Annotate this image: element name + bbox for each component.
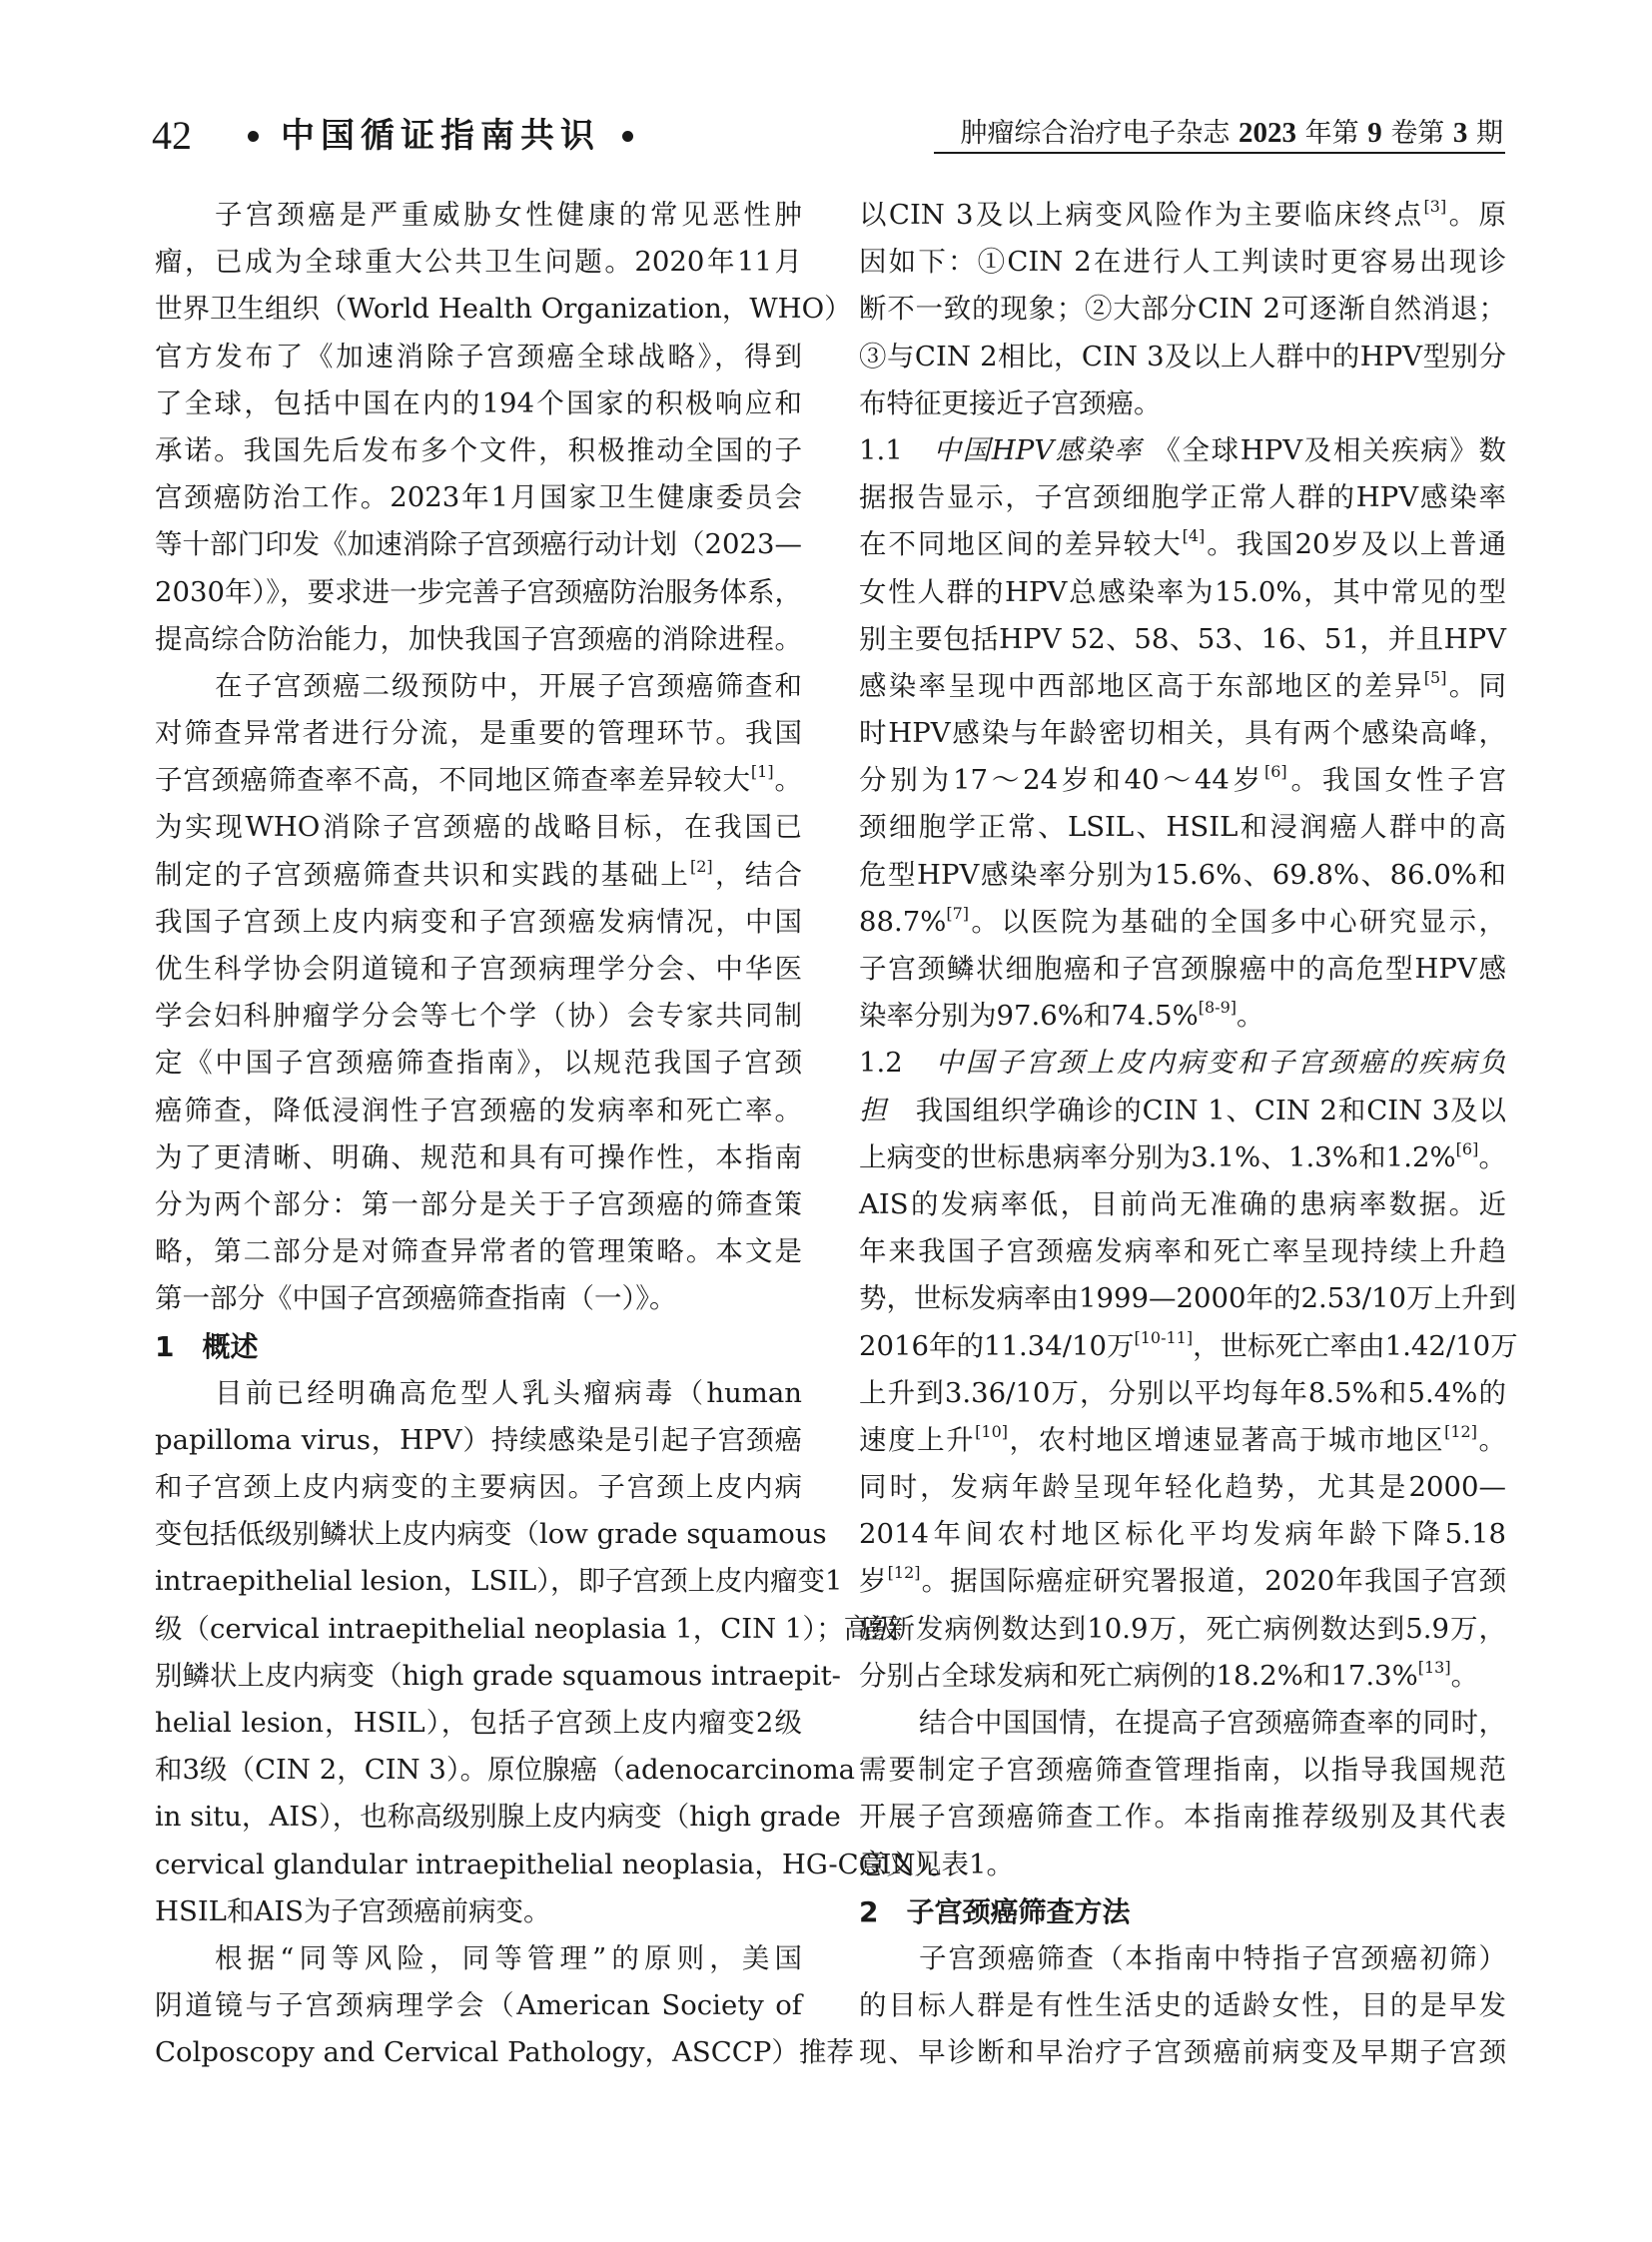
text-run: intraepithelial lesion，LSIL），即子宫颈上皮内瘤变1 <box>155 1565 843 1597</box>
text-run: 变包括低级别鳞状上皮内病变（low grade squamous <box>155 1518 827 1550</box>
text-run: 。据国际癌症研究署报道，2020年我国子宫颈 <box>920 1565 1506 1597</box>
text-line: 2014年间农村地区标化平均发病年龄下降5.18 <box>859 1511 1506 1558</box>
text-line: 宫颈癌防治工作。2023年1月国家卫生健康委员会 <box>155 474 802 521</box>
text-line: 略，第二部分是对筛查异常者的管理策略。本文是 <box>155 1228 802 1275</box>
bullet-icon <box>622 131 633 142</box>
text-line: 断不一致的现象；②大部分CIN 2可逐渐自然消退； <box>859 286 1506 333</box>
text-run: 断不一致的现象；②大部分CIN 2可逐渐自然消退； <box>859 293 1506 325</box>
text-line: 年来我国子宫颈癌发病率和死亡率呈现持续上升趋 <box>859 1228 1506 1275</box>
text-line: 在不同地区间的差异较大[4]。我国20岁及以上普通 <box>859 521 1506 568</box>
text-run: 子宫颈癌是严重威胁女性健康的常见恶性肿 <box>215 199 802 231</box>
citation-reference: [10] <box>975 1422 1008 1441</box>
text-run: 学会妇科肿瘤学分会等七个学（协）会专家共同制 <box>155 1000 802 1032</box>
text-line: 现、早诊断和早治疗子宫颈癌前病变及早期子宫颈 <box>859 2029 1506 2076</box>
text-run: 。原 <box>1446 199 1506 231</box>
text-run: 的目标人群是有性生活史的适龄女性，目的是早发 <box>859 1989 1506 2021</box>
text-run: 危型HPV感染率分别为15.6%、69.8%、86.0%和 <box>859 859 1506 891</box>
text-run: 岁 <box>859 1565 888 1597</box>
running-header-right: 肿瘤综合治疗电子杂志 2023 年第 9 卷第 3 期 <box>934 112 1503 154</box>
text-line: 第一部分《中国子宫颈癌筛查指南（一）》。 <box>155 1275 802 1322</box>
citation-reference: [12] <box>888 1563 921 1582</box>
text-line: 2016年的11.34/10万[10-11]，世标死亡率由1.42/10万 <box>859 1323 1506 1370</box>
text-run: 年来我国子宫颈癌发病率和死亡率呈现持续上升趋 <box>859 1235 1506 1267</box>
left-column: 子宫颈癌是严重威胁女性健康的常见恶性肿瘤，已成为全球重大公共卫生问题。2020年… <box>155 192 802 2077</box>
text-run: 88.7% <box>859 906 946 938</box>
text-line: ③与CIN 2相比，CIN 3及以上人群中的HPV型别分 <box>859 334 1506 380</box>
text-run: 子宫颈鳞状细胞癌和子宫颈腺癌中的高危型HPV感 <box>859 953 1506 985</box>
text-run: 。 <box>1451 1660 1479 1692</box>
subsection-number: 1.1 <box>859 434 933 466</box>
text-run: 和3级（CIN 2，CIN 3）。原位腺癌（adenocarcinoma <box>155 1754 855 1786</box>
text-run: 了全球，包括中国在内的194个国家的积极响应和 <box>155 387 802 419</box>
text-run: ③与CIN 2相比，CIN 3及以上人群中的HPV型别分 <box>859 341 1506 373</box>
text-line: 结合中国国情，在提高子宫颈癌筛查率的同时， <box>859 1700 1506 1747</box>
citation-reference: [13] <box>1418 1658 1451 1677</box>
header-rule <box>934 152 1505 154</box>
text-run: 别鳞状上皮内病变（high grade squamous intraepit- <box>155 1660 841 1692</box>
text-line: 的目标人群是有性生活史的适龄女性，目的是早发 <box>859 1982 1506 2029</box>
text-run: 宫颈癌防治工作。2023年1月国家卫生健康委员会 <box>155 481 802 513</box>
text-run: 以CIN 3及以上病变风险作为主要临床终点 <box>859 199 1424 231</box>
text-line: 别主要包括HPV 52、58、53、16、51，并且HPV <box>859 616 1506 663</box>
text-line: in situ，AIS），也称高级别腺上皮内病变（high grade <box>155 1794 802 1841</box>
text-run: 2016年的11.34/10万 <box>859 1330 1134 1362</box>
text-run: 别主要包括HPV 52、58、53、16、51，并且HPV <box>859 623 1506 655</box>
text-run: ，结合 <box>713 859 802 891</box>
text-line: 开展子宫颈癌筛查工作。本指南推荐级别及其代表 <box>859 1794 1506 1841</box>
journal-page: 42 中国循证指南共识 肿瘤综合治疗电子杂志 2023 年第 9 卷第 3 期 … <box>0 0 1652 2242</box>
text-line: 女性人群的HPV总感染率为15.0%，其中常见的型 <box>859 569 1506 616</box>
text-run: 。 <box>1478 1141 1506 1173</box>
text-run: 。 <box>1477 1424 1506 1456</box>
text-run: 。我国20岁及以上普通 <box>1205 528 1506 560</box>
text-run: 分为两个部分：第一部分是关于子宫颈癌的筛查策 <box>155 1188 802 1220</box>
text-line: 和子宫颈上皮内病变的主要病因。子宫颈上皮内病 <box>155 1464 802 1511</box>
volume-suffix: 卷第 <box>1390 118 1444 149</box>
text-run: 级（cervical intraepithelial neoplasia 1，C… <box>155 1613 899 1645</box>
text-line: 2030年）》，要求进一步完善子宫颈癌防治服务体系， <box>155 569 802 616</box>
text-line: 级（cervical intraepithelial neoplasia 1，C… <box>155 1606 802 1653</box>
running-header-left: 42 中国循证指南共识 <box>152 112 655 160</box>
text-run: 颈细胞学正常、LSIL、HSIL和浸润癌人群中的高 <box>859 811 1506 843</box>
text-line: 以CIN 3及以上病变风险作为主要临床终点[3]。原 <box>859 192 1506 239</box>
section-heading: 1 概述 <box>155 1323 802 1370</box>
text-line: 分为两个部分：第一部分是关于子宫颈癌的筛查策 <box>155 1181 802 1228</box>
journal-issue: 3 <box>1453 117 1468 149</box>
text-run: 分别为17～24岁和40～44岁 <box>859 764 1264 796</box>
text-run: 等十部门印发《加速消除子宫颈癌行动计划（2023— <box>155 528 802 560</box>
citation-reference: [6] <box>1264 762 1287 781</box>
text-run: 。 <box>774 764 802 796</box>
text-run: 意义见表1。 <box>859 1849 1014 1880</box>
text-run: 阴道镜与子宫颈病理学会（American Society of <box>155 1989 802 2021</box>
text-run: 现、早诊断和早治疗子宫颈癌前病变及早期子宫颈 <box>859 2036 1506 2068</box>
text-run: 。我国女性子宫 <box>1287 764 1506 796</box>
citation-reference: [4] <box>1183 526 1206 545</box>
text-run: 根据“同等风险，同等管理”的原则，美国 <box>215 1942 802 1974</box>
text-line: 对筛查异常者进行分流，是重要的管理环节。我国 <box>155 710 802 757</box>
text-line: 子宫颈鳞状细胞癌和子宫颈腺癌中的高危型HPV感 <box>859 946 1506 993</box>
text-run: 在子宫颈癌二级预防中，开展子宫颈癌筛查和 <box>215 670 802 702</box>
text-line: 根据“同等风险，同等管理”的原则，美国 <box>155 1935 802 1982</box>
text-line: 世界卫生组织（World Health Organization，WHO） <box>155 286 802 333</box>
text-run: 。 <box>1237 1000 1264 1032</box>
citation-reference: [10-11] <box>1134 1328 1193 1347</box>
text-line: 官方发布了《加速消除子宫颈癌全球战略》，得到 <box>155 334 802 380</box>
citation-reference: [5] <box>1424 668 1447 687</box>
text-run: in situ，AIS），也称高级别腺上皮内病变（high grade <box>155 1801 841 1833</box>
text-line: 了全球，包括中国在内的194个国家的积极响应和 <box>155 380 802 427</box>
text-run: 目前已经明确高危型人乳头瘤病毒（human <box>215 1377 802 1409</box>
text-line: 据报告显示，子宫颈细胞学正常人群的HPV感染率 <box>859 474 1506 521</box>
text-line: 制定的子宫颈癌筛查共识和实践的基础上[2]，结合 <box>155 852 802 899</box>
text-line: 阴道镜与子宫颈病理学会（American Society of <box>155 1982 802 2029</box>
text-run: 瘤，已成为全球重大公共卫生问题。2020年11月 <box>155 246 802 278</box>
issue-suffix: 期 <box>1476 118 1503 149</box>
text-line: 分别为17～24岁和40～44岁[6]。我国女性子宫 <box>859 757 1506 804</box>
text-line: AIS的发病率低，目前尚无准确的患病率数据。近 <box>859 1181 1506 1228</box>
text-line: papilloma virus，HPV）持续感染是引起子宫颈癌 <box>155 1417 802 1464</box>
text-run: 为了更清晰、明确、规范和具有可操作性，本指南 <box>155 1141 802 1173</box>
year-suffix: 年第 <box>1305 118 1359 149</box>
text-run: 据报告显示，子宫颈细胞学正常人群的HPV感染率 <box>859 481 1506 513</box>
text-run: 需要制定子宫颈癌筛查管理指南，以指导我国规范 <box>859 1754 1506 1786</box>
text-line: 布特征更接近子宫颈癌。 <box>859 380 1506 427</box>
text-line: 癌新发病例数达到10.9万，死亡病例数达到5.9万， <box>859 1606 1506 1653</box>
page-number: 42 <box>152 112 192 160</box>
text-line: 时HPV感染与年龄密切相关，具有两个感染高峰， <box>859 710 1506 757</box>
text-run: 我国组织学确诊的CIN 1、CIN 2和CIN 3及以 <box>887 1095 1506 1126</box>
right-column: 以CIN 3及以上病变风险作为主要临床终点[3]。原因如下：①CIN 2在进行人… <box>859 192 1506 2077</box>
journal-name: 肿瘤综合治疗电子杂志 <box>960 118 1230 149</box>
text-run: Colposcopy and Cervical Pathology，ASCCP）… <box>155 2036 854 2068</box>
text-line: Colposcopy and Cervical Pathology，ASCCP）… <box>155 2029 802 2076</box>
text-line: 岁[12]。据国际癌症研究署报道，2020年我国子宫颈 <box>859 1558 1506 1605</box>
text-run: helial lesion，HSIL），包括子宫颈上皮内瘤变2级 <box>155 1707 802 1739</box>
text-line: 因如下：①CIN 2在进行人工判读时更容易出现诊 <box>859 239 1506 286</box>
text-line: 提高综合防治能力，加快我国子宫颈癌的消除进程。 <box>155 616 802 663</box>
text-line: 同时，发病年龄呈现年轻化趋势，尤其是2000— <box>859 1464 1506 1511</box>
text-line: 上升到3.36/10万，分别以平均每年8.5%和5.4%的 <box>859 1370 1506 1417</box>
citation-reference: [6] <box>1456 1139 1479 1158</box>
text-line: 分别占全球发病和死亡病例的18.2%和17.3%[13]。 <box>859 1653 1506 1700</box>
text-line: 需要制定子宫颈癌筛查管理指南，以指导我国规范 <box>859 1747 1506 1794</box>
text-line: 癌筛查，降低浸润性子宫颈癌的发病率和死亡率。 <box>155 1088 802 1134</box>
text-run: cervical glandular intraepithelial neopl… <box>155 1849 957 1880</box>
section-heading: 2 子宫颈癌筛查方法 <box>859 1888 1506 1935</box>
text-run: 提高综合防治能力，加快我国子宫颈癌的消除进程。 <box>155 623 802 655</box>
text-line: 为了更清晰、明确、规范和具有可操作性，本指南 <box>155 1134 802 1181</box>
text-line: 颈细胞学正常、LSIL、HSIL和浸润癌人群中的高 <box>859 804 1506 851</box>
citation-reference: [3] <box>1424 197 1447 216</box>
text-run: 承诺。我国先后发布多个文件，积极推动全国的子 <box>155 434 802 466</box>
text-run: 为实现WHO消除子宫颈癌的战略目标，在我国已 <box>155 811 802 843</box>
subsection-number: 1.2 <box>859 1047 936 1079</box>
text-run: 世界卫生组织（World Health Organization，WHO） <box>155 293 852 325</box>
text-line: 等十部门印发《加速消除子宫颈癌行动计划（2023— <box>155 521 802 568</box>
text-run: 上病变的世标患病率分别为3.1%、1.3%和1.2% <box>859 1141 1456 1173</box>
text-line: 别鳞状上皮内病变（high grade squamous intraepit- <box>155 1653 802 1700</box>
text-run: 优生科学协会阴道镜和子宫颈病理学分会、中华医 <box>155 953 802 985</box>
text-run: 我国子宫颈上皮内病变和子宫颈癌发病情况，中国 <box>155 906 802 938</box>
text-run: 1 概述 <box>155 1330 258 1363</box>
text-line: 变包括低级别鳞状上皮内病变（low grade squamous <box>155 1511 802 1558</box>
text-line: helial lesion，HSIL），包括子宫颈上皮内瘤变2级 <box>155 1700 802 1747</box>
subsection-title: 中国HPV感染率 <box>933 434 1143 466</box>
bullet-icon <box>248 131 259 142</box>
text-line: 感染率呈现中西部地区高于东部地区的差异[5]。同 <box>859 663 1506 710</box>
text-run: 第一部分《中国子宫颈癌筛查指南（一）》。 <box>155 1282 677 1314</box>
text-run: 癌新发病例数达到10.9万，死亡病例数达到5.9万， <box>859 1613 1506 1645</box>
text-run: 速度上升 <box>859 1424 975 1456</box>
text-line: 势，世标发病率由1999—2000年的2.53/10万上升到 <box>859 1275 1506 1322</box>
journal-year: 2023 <box>1239 117 1296 149</box>
text-line: 速度上升[10]，农村地区增速显著高于城市地区[12]。 <box>859 1417 1506 1464</box>
subsection-title: 中国子宫颈上皮内病变和子宫颈癌的疾病负 <box>936 1047 1506 1079</box>
text-line: 担 我国组织学确诊的CIN 1、CIN 2和CIN 3及以 <box>859 1088 1506 1134</box>
subsection-heading: 1.1 中国HPV感染率 《全球HPV及相关疾病》数 <box>859 427 1506 474</box>
text-line: 88.7%[7]。以医院为基础的全国多中心研究显示， <box>859 899 1506 946</box>
text-run: 子宫颈癌筛查（本指南中特指子宫颈癌初筛） <box>919 1942 1506 1974</box>
text-run: 时HPV感染与年龄密切相关，具有两个感染高峰， <box>859 717 1506 749</box>
text-run: 2 子宫颈癌筛查方法 <box>859 1895 1130 1928</box>
subsection-title: 担 <box>859 1095 887 1126</box>
text-line: 和3级（CIN 2，CIN 3）。原位腺癌（adenocarcinoma <box>155 1747 802 1794</box>
text-run: 在不同地区间的差异较大 <box>859 528 1183 560</box>
text-run: AIS的发病率低，目前尚无准确的患病率数据。近 <box>859 1188 1506 1220</box>
text-line: 上病变的世标患病率分别为3.1%、1.3%和1.2%[6]。 <box>859 1134 1506 1181</box>
text-line: HSIL和AIS为子宫颈癌前病变。 <box>155 1888 802 1935</box>
text-line: 为实现WHO消除子宫颈癌的战略目标，在我国已 <box>155 804 802 851</box>
text-line: 定《中国子宫颈癌筛查指南》，以规范我国子宫颈 <box>155 1040 802 1087</box>
text-line: 子宫颈癌筛查（本指南中特指子宫颈癌初筛） <box>859 1935 1506 1982</box>
text-run: 感染率呈现中西部地区高于东部地区的差异 <box>859 670 1424 702</box>
text-run: 2030年）》，要求进一步完善子宫颈癌防治服务体系， <box>155 576 802 608</box>
text-run: 女性人群的HPV总感染率为15.0%，其中常见的型 <box>859 576 1506 608</box>
text-line: 危型HPV感染率分别为15.6%、69.8%、86.0%和 <box>859 852 1506 899</box>
text-line: 目前已经明确高危型人乳头瘤病毒（human <box>155 1370 802 1417</box>
text-run: 。同 <box>1446 670 1506 702</box>
text-line: cervical glandular intraepithelial neopl… <box>155 1842 802 1888</box>
text-run: 官方发布了《加速消除子宫颈癌全球战略》，得到 <box>155 341 802 373</box>
text-run: 结合中国国情，在提高子宫颈癌筛查率的同时， <box>919 1707 1506 1739</box>
text-line: 子宫颈癌是严重威胁女性健康的常见恶性肿 <box>155 192 802 239</box>
text-run: 对筛查异常者进行分流，是重要的管理环节。我国 <box>155 717 802 749</box>
text-run: 布特征更接近子宫颈癌。 <box>859 387 1162 419</box>
text-run: 势，世标发病率由1999—2000年的2.53/10万上升到 <box>859 1282 1516 1314</box>
text-line: 我国子宫颈上皮内病变和子宫颈癌发病情况，中国 <box>155 899 802 946</box>
text-run: 开展子宫颈癌筛查工作。本指南推荐级别及其代表 <box>859 1801 1506 1833</box>
text-run: 同时，发病年龄呈现年轻化趋势，尤其是2000— <box>859 1471 1506 1503</box>
text-run: 定《中国子宫颈癌筛查指南》，以规范我国子宫颈 <box>155 1047 802 1079</box>
text-line: intraepithelial lesion，LSIL），即子宫颈上皮内瘤变1 <box>155 1558 802 1605</box>
text-run: 癌筛查，降低浸润性子宫颈癌的发病率和死亡率。 <box>155 1095 802 1126</box>
text-run: 《全球HPV及相关疾病》数 <box>1143 434 1506 466</box>
text-run: 和子宫颈上皮内病变的主要病因。子宫颈上皮内病 <box>155 1471 802 1503</box>
text-run: 子宫颈癌筛查率不高，不同地区筛查率差异较大 <box>155 764 751 796</box>
text-run: 2014年间农村地区标化平均发病年龄下降5.18 <box>859 1518 1506 1550</box>
citation-reference: [8-9] <box>1199 998 1237 1017</box>
text-line: 染率分别为97.6%和74.5%[8-9]。 <box>859 993 1506 1040</box>
text-run: HSIL和AIS为子宫颈癌前病变。 <box>155 1895 551 1927</box>
citation-reference: [12] <box>1444 1422 1477 1441</box>
citation-reference: [7] <box>946 904 969 923</box>
text-run: papilloma virus，HPV）持续感染是引起子宫颈癌 <box>155 1424 802 1456</box>
text-line: 瘤，已成为全球重大公共卫生问题。2020年11月 <box>155 239 802 286</box>
text-run: 制定的子宫颈癌筛查共识和实践的基础上 <box>155 859 690 891</box>
text-line: 优生科学协会阴道镜和子宫颈病理学分会、中华医 <box>155 946 802 993</box>
text-line: 在子宫颈癌二级预防中，开展子宫颈癌筛查和 <box>155 663 802 710</box>
text-run: 。以医院为基础的全国多中心研究显示， <box>969 906 1506 938</box>
subsection-heading: 1.2 中国子宫颈上皮内病变和子宫颈癌的疾病负 <box>859 1040 1506 1087</box>
text-run: 分别占全球发病和死亡病例的18.2%和17.3% <box>859 1660 1418 1692</box>
text-line: 承诺。我国先后发布多个文件，积极推动全国的子 <box>155 427 802 474</box>
text-line: 意义见表1。 <box>859 1842 1506 1888</box>
citation-reference: [1] <box>751 762 774 781</box>
text-run: 上升到3.36/10万，分别以平均每年8.5%和5.4%的 <box>859 1377 1506 1409</box>
text-line: 学会妇科肿瘤学分会等七个学（协）会专家共同制 <box>155 993 802 1040</box>
text-run: ，农村地区增速显著高于城市地区 <box>1008 1424 1444 1456</box>
text-run: 略，第二部分是对筛查异常者的管理策略。本文是 <box>155 1235 802 1267</box>
text-run: 因如下：①CIN 2在进行人工判读时更容易出现诊 <box>859 246 1506 278</box>
text-run: ，世标死亡率由1.42/10万 <box>1193 1330 1518 1362</box>
journal-volume: 9 <box>1367 117 1382 149</box>
text-run: 染率分别为97.6%和74.5% <box>859 1000 1199 1032</box>
citation-reference: [2] <box>690 857 713 876</box>
text-line: 子宫颈癌筛查率不高，不同地区筛查率差异较大[1]。 <box>155 757 802 804</box>
section-tag: 中国循证指南共识 <box>281 112 600 160</box>
